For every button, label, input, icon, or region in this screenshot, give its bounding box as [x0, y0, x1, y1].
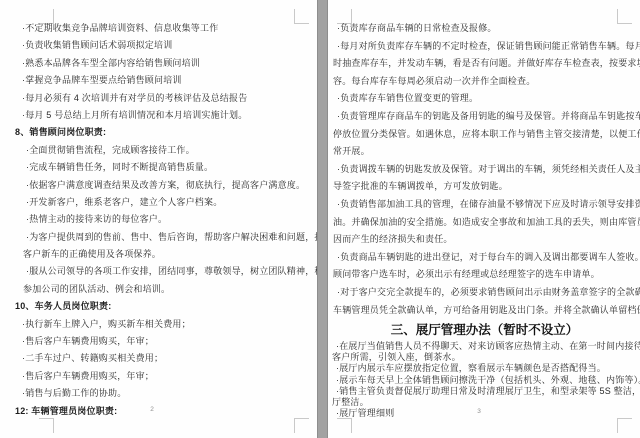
text-line: ·服从公司领导的各项工作安排，团结同事，尊敬领导，树立团队精神，积极: [0, 263, 317, 280]
text-line: ·负责收集销售顾问话术弱项拟定培训: [0, 37, 317, 54]
text-line: ·全面贯彻销售流程，完成顾客接待工作。: [0, 142, 317, 159]
text-line: ·二手车过户、转籍购买相关费用；: [0, 350, 317, 367]
text-line: ·掌握竞争品牌车型要点给销售顾问培训: [0, 72, 317, 89]
text-line: 车辆管理员凭全款确认单，方可给备用钥匙及出门条。并将全款确认单留档保存。: [328, 302, 640, 320]
text-line: ·开发新客户，维系老客户，建立个人客户档案。: [0, 194, 317, 211]
margin-mark-bottom-right-icon: [294, 418, 309, 433]
text-line: ·负责库存商品车辆的日常检查及报修。: [328, 20, 640, 38]
margin-mark-bottom-left-icon: [337, 418, 352, 433]
text-line: ·售后客户车辆费用购买，年审；: [0, 368, 317, 385]
section-heading-10: 10、车务人员岗位职责:: [0, 298, 317, 315]
text-line: ·展示车每天早上全体销售顾问擦洗干净（包括机头、外观、地毯、内饰等）。: [328, 375, 640, 386]
text-line: ·对于客户交完全款提车的，必须要求销售顾问出示由财务盖章签字的全款确认单，: [328, 284, 640, 302]
document-page-left[interactable]: ·不定期收集竞争品牌培训资料、信息收集等工作 ·负责收集销售顾问话术弱项拟定培训…: [0, 0, 318, 438]
page-number-left: 2: [146, 406, 158, 414]
section-heading-8: 8、销售顾问岗位职责:: [0, 124, 317, 141]
text-line: 客户所需，引领入座，倒茶水。: [328, 352, 640, 363]
text-line: 导签字批准的车辆调拨单，方可发放钥匙。: [328, 178, 640, 196]
text-line: 时抽查库存车，并发动车辆，看是否有问题。并做好库存车检查表，按要求填写内: [328, 55, 640, 73]
margin-mark-bottom-right-icon: [617, 418, 632, 433]
text-line: ·为客户提供周到的售前、售中、售后咨询，帮助客户解决困难和问题，指导: [0, 229, 317, 246]
text-line: ·负责库存车销售位置变更的管理。: [328, 90, 640, 108]
page-left-text: ·不定期收集竞争品牌培训资料、信息收集等工作 ·负责收集销售顾问话术弱项拟定培训…: [0, 20, 317, 420]
text-line: 容。每台库存车每周必须启动一次并作全面检查。: [328, 73, 640, 91]
text-line: 停放位置分类保管。如遇休息，应将本职工作与销售主管交接清楚，以便工作的正: [328, 126, 640, 144]
text-line: 油。并确保加油的安全措施。如造成安全事故和加油工具的丢失，则由库管员承担: [328, 214, 640, 232]
section-heading-12: 12: 车辆管理员岗位职责:: [0, 403, 317, 420]
text-line: ·在展厅当值销售人员不得聊天、对来访顾客应热情主动、在第一时间内接待咨询: [328, 341, 640, 352]
text-line: 顾问带客户选车时，必须出示有经理或总经理签字的选车申请单。: [328, 266, 640, 284]
text-line: ·销售与后勤工作的协助。: [0, 385, 317, 402]
text-line: ·热情主动的接待来访的每位客户。: [0, 211, 317, 228]
text-line: 厅整洁。: [328, 397, 640, 408]
section-heading-exhibition-hall: 三、展厅管理办法（暂时不设立）: [328, 321, 640, 339]
text-line: ·负责调拨车辆的钥匙发放及保管。对于调出的车辆，须凭经相关责任人及主管领: [328, 161, 640, 179]
document-page-right[interactable]: ·负责库存商品车辆的日常检查及报修。 ·每月对所负责库存车辆的不定时检查，保证销…: [327, 0, 640, 438]
text-line: ·销售主管负责督促展厅助理日常及时清理展厅卫生，和型录架等 5S 整洁，保持展: [328, 386, 640, 397]
text-line: 常开展。: [328, 143, 640, 161]
text-line: ·负责管理库存商品车的钥匙及备用钥匙的编号及保管。并将商品车钥匙按车型及: [328, 108, 640, 126]
text-line: 参加公司的团队活动、例会和培训。: [0, 281, 317, 298]
margin-mark-bottom-left-icon: [39, 418, 54, 433]
page-number-right: 3: [473, 408, 485, 416]
text-line: ·展厅内展示车应摆放指定位置，察看展示车辆颜色是否搭配得当。: [328, 363, 640, 374]
text-line: ·熟悉本品牌各车型全部内容给销售顾问培训: [0, 55, 317, 72]
page-right-text: ·负责库存商品车辆的日常检查及报修。 ·每月对所负责库存车辆的不定时检查，保证销…: [328, 20, 640, 419]
text-line: ·售后客户车辆费用购买，年审；: [0, 333, 317, 350]
text-line: ·负责商品车辆钥匙的进出登记，对于每台车的调入及调出都要调车人签收。销售: [328, 249, 640, 267]
text-line: ·每月对所负责库存车辆的不定时检查，保证销售顾问能正常销售车辆。每月不定: [328, 38, 640, 56]
text-line: ·执行新车上牌入户，购买新车相关费用；: [0, 316, 317, 333]
text-line: 客户新车的正确使用及各项保养。: [0, 246, 317, 263]
text-line: ·完成车辆销售任务，同时不断提高销售质量。: [0, 159, 317, 176]
document-canvas: { "colors": { "canvas_background": "#a2a…: [0, 0, 640, 438]
text-line: ·每月必须有 4 次培训并有对学员的考核评估及总结报告: [0, 90, 317, 107]
text-line: ·依据客户满意度调查结果及改善方案，彻底执行，提高客户满意度。: [0, 177, 317, 194]
text-line: ·不定期收集竞争品牌培训资料、信息收集等工作: [0, 20, 317, 37]
text-line: ·每月 5 号总结上月所有培训情况和本月培训实施计划。: [0, 107, 317, 124]
text-line: ·负责销售部加油工具的管理，在储存油量不够情况下应及时请示领导安排资金加: [328, 196, 640, 214]
text-line: 因而产生的经济损失和责任。: [328, 231, 640, 249]
